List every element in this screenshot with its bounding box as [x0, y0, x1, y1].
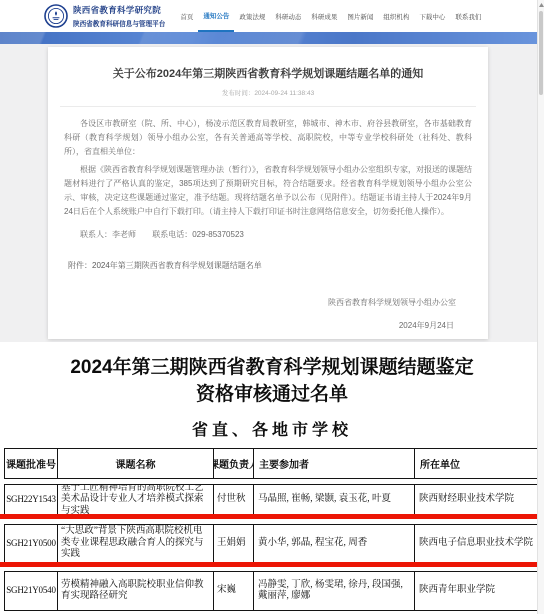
notice-background: 关于公布2024年第三期陕西省教育科学规划课题结题名单的通知 发布时间：2024… — [0, 44, 544, 342]
issuing-office: 陕西省教育科学规划领导小组办公室 — [48, 297, 488, 308]
cell-leader: 宋巍 — [214, 572, 254, 610]
highlight-underline — [0, 514, 544, 519]
notice-paragraph-1: 各设区市教研室（院、所、中心），杨凌示范区教育局教研室，韩城市、神木市、府谷县教… — [64, 117, 472, 159]
header-participants: 主要参加者 — [254, 449, 415, 478]
top-bar: 陕西省教育科学研究院 陕西省教育科研信息与管理平台 首页 通知公告 政策法规 科… — [0, 0, 537, 32]
scrollbar[interactable] — [537, 0, 544, 614]
header-leader: 课题负责人 — [214, 449, 254, 478]
nav-item-research-results[interactable]: 科研成果 — [306, 0, 342, 32]
contact-person: 联系人：李老师 — [80, 230, 136, 239]
highlight-underline — [0, 562, 544, 567]
page: 陕西省教育科学研究院 陕西省教育科研信息与管理平台 首页 通知公告 政策法规 科… — [0, 0, 544, 614]
banner-strip — [0, 32, 544, 44]
header-project-title: 课题名称 — [58, 449, 214, 478]
notice-body: 各设区市教研室（院、所、中心），杨凌示范区教育局教研室，韩城市、神木市、府谷县教… — [64, 117, 472, 219]
cell-project-title: 基于工匠精神培育的高职院校工艺美术品设计专业人才培养模式探索与实践 — [58, 485, 214, 515]
cell-project-title: 劳模精神融入高职院校职业信仰教育实现路径研究 — [58, 572, 214, 610]
cell-project-id: SGH21Y0500 — [5, 525, 58, 562]
cell-participants: 冯静雯, 丁欣, 杨雯珺, 徐丹, 段国强, 戴丽萍, 廖娜 — [254, 572, 415, 610]
table-header-row: 课题批准号 课题名称 课题负责人 主要参加者 所在单位 — [4, 448, 539, 479]
projects-table: 课题批准号 课题名称 课题负责人 主要参加者 所在单位 SGH22Y1543 基… — [4, 448, 539, 611]
cell-unit: 陕西财经职业技术学院 — [415, 485, 538, 515]
document-subtitle: 省直、各地市学校 — [0, 417, 544, 440]
site-subname: 陕西省教育科研信息与管理平台 — [73, 18, 165, 28]
cell-participants: 马晶照, 崔畅, 梁颢, 袁玉花, 叶夏 — [254, 485, 415, 515]
cell-unit: 陕西电子信息职业技术学院 — [415, 525, 538, 562]
contact-line: 联系人：李老师 联系电话：029-85370523 — [64, 229, 472, 240]
divider — [60, 106, 476, 107]
nav-item-downloads[interactable]: 下载中心 — [414, 0, 450, 32]
notice-card: 关于公布2024年第三期陕西省教育科学规划课题结题名单的通知 发布时间：2024… — [48, 47, 488, 339]
notice-paragraph-2: 根据《陕西省教育科学规划课题管理办法（暂行）》，省教育科学规划领导小组办公室组织… — [64, 163, 472, 219]
nav-item-notices[interactable]: 通知公告 — [198, 0, 234, 32]
cell-project-id: SGH22Y1543 — [5, 485, 58, 515]
issue-date: 2024年9月24日 — [48, 320, 488, 331]
table-row: SGH21Y0540 劳模精神融入高职院校职业信仰教育实现路径研究 宋巍 冯静雯… — [4, 571, 539, 611]
cell-project-id: SGH21Y0540 — [5, 572, 58, 610]
document-title: 2024年第三期陕西省教育科学规划课题结题鉴定资格审核通过名单 — [64, 354, 480, 408]
institution-emblem-icon — [44, 4, 68, 28]
cell-leader: 王娟娟 — [214, 525, 254, 562]
header-unit: 所在单位 — [415, 449, 538, 478]
attachment-line: 附件：2024年第三期陕西省教育科学规划课题结题名单 — [64, 260, 472, 271]
publish-time: 发布时间：2024-09-24 11:38:43 — [48, 88, 488, 97]
cell-unit: 陕西青年职业学院 — [415, 572, 538, 610]
nav-item-contact[interactable]: 联系我们 — [450, 0, 486, 32]
nav-item-research-news[interactable]: 科研动态 — [270, 0, 306, 32]
cell-participants: 黄小华, 郭晶, 程宝花, 周香 — [254, 525, 415, 562]
site-name: 陕西省教育科学研究院 — [73, 4, 165, 16]
table-row: SGH22Y1543 基于工匠精神培育的高职院校工艺美术品设计专业人才培养模式探… — [4, 484, 539, 516]
nav-item-policies[interactable]: 政策法规 — [234, 0, 270, 32]
table-row: SGH21Y0500 “大思政”背景下陕西高职院校机电类专业课程思政融合育人的探… — [4, 524, 539, 563]
site-logo[interactable]: 陕西省教育科学研究院 陕西省教育科研信息与管理平台 — [44, 4, 165, 28]
site-logo-text: 陕西省教育科学研究院 陕西省教育科研信息与管理平台 — [73, 4, 165, 28]
notice-title: 关于公布2024年第三期陕西省教育科学规划课题结题名单的通知 — [66, 65, 470, 81]
contact-phone: 联系电话：029-85370523 — [152, 230, 244, 239]
scrollbar-thumb[interactable] — [539, 11, 543, 95]
main-nav: 首页 通知公告 政策法规 科研动态 科研成果 图片新闻 组织机构 下载中心 联系… — [175, 0, 486, 32]
cell-project-title: “大思政”背景下陕西高职院校机电类专业课程思政融合育人的探究与实践 — [58, 525, 214, 562]
cell-leader: 付世秋 — [214, 485, 254, 515]
nav-item-home[interactable]: 首页 — [175, 0, 198, 32]
nav-item-photo-news[interactable]: 图片新闻 — [342, 0, 378, 32]
header-project-id: 课题批准号 — [5, 449, 58, 478]
scroll-up-arrow[interactable] — [538, 0, 544, 9]
nav-item-organization[interactable]: 组织机构 — [378, 0, 414, 32]
attachment-document: 2024年第三期陕西省教育科学规划课题结题鉴定资格审核通过名单 省直、各地市学校… — [0, 342, 544, 614]
